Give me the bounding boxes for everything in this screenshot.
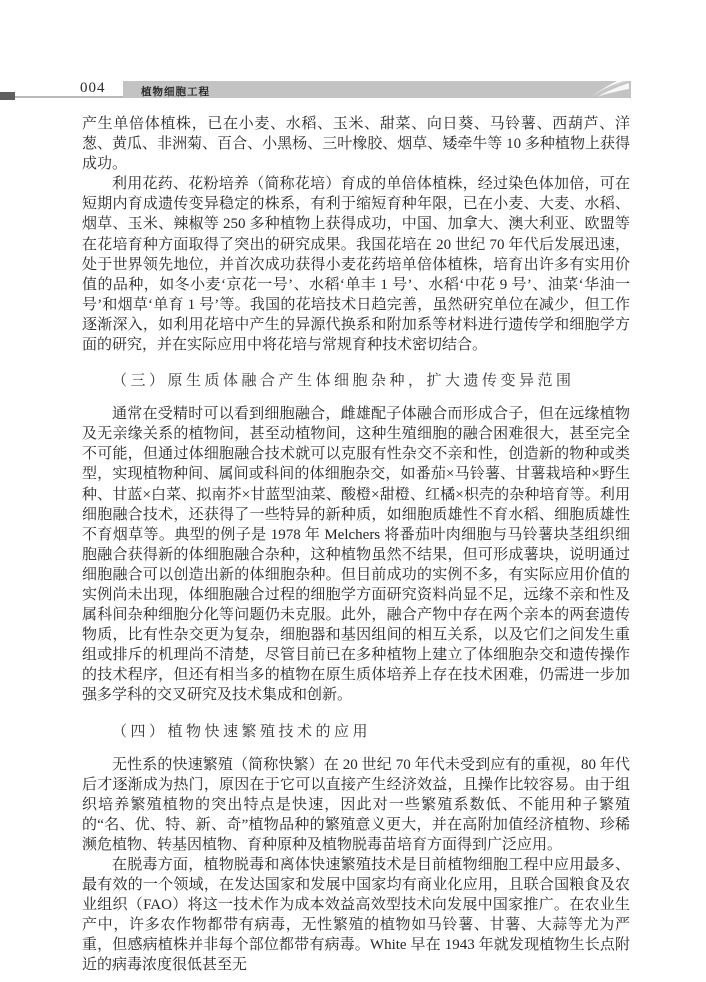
page-body: 产生单倍体植株，已在小麦、水稻、玉米、甜菜、向日葵、马铃薯、西葫芦、洋葱、黄瓜、…	[82, 114, 630, 976]
header-rule	[15, 96, 123, 98]
paragraph-continuation: 产生单倍体植株，已在小麦、水稻、玉米、甜菜、向日葵、马铃薯、西葫芦、洋葱、黄瓜、…	[82, 114, 630, 174]
section-heading-3: （三）原生质体融合产生体细胞杂种，扩大遗传变异范围	[82, 370, 630, 392]
book-page: 004 植物细胞工程 产生单倍体植株，已在小麦、水稻、玉米、甜菜、向日葵、马铃薯…	[0, 0, 706, 982]
paragraph-virus-elimination: 在脱毒方面，植物脱毒和离体快速繁殖技术是目前植物细胞工程中应用最多、最有效的一个…	[82, 855, 630, 976]
section-heading-4: （四）植物快速繁殖技术的应用	[82, 721, 630, 743]
header-tick-mark	[0, 92, 15, 100]
running-header-bar: 植物细胞工程	[123, 81, 631, 98]
paragraph-anther-culture: 利用花药、花粉培养（简称花培）育成的单倍体植株，经过染色体加倍，可在短期内育成遗…	[82, 174, 630, 355]
running-header: 004 植物细胞工程	[0, 80, 706, 100]
paragraph-protoplast-fusion: 通常在受精时可以看到细胞融合，雌雄配子体融合而形成合子，但在远缘植物及无亲缘关系…	[82, 404, 630, 705]
paragraph-rapid-propagation: 无性系的快速繁殖（简称快繁）在 20 世纪 70 年代未受到应有的重视，80 年…	[82, 755, 630, 855]
book-title: 植物细胞工程	[141, 84, 210, 99]
leaf-swoosh-icon	[591, 81, 629, 98]
page-number: 004	[80, 80, 106, 97]
